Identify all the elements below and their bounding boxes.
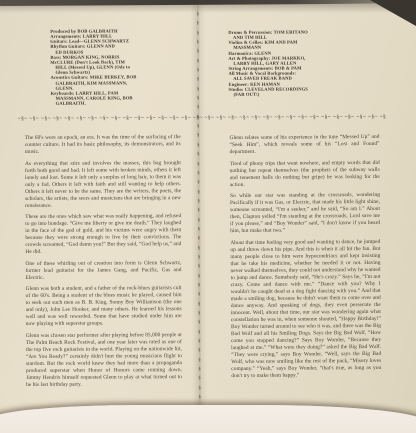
paragraph: The 60's were an epoch, an era. It was t… (25, 134, 181, 156)
paragraph: Glenn was both a student, and a father o… (26, 285, 182, 328)
liner-notes-photo: § § § § § § § § § § § § § § § § § § § § … (0, 0, 416, 433)
paragraph: These are the ones which saw what was re… (25, 213, 181, 256)
paragraph: Tired of phony trips that went nowhere, … (230, 159, 380, 188)
credits-block-left: Produced by BOB GALBRAITH Arrangements: … (50, 28, 136, 106)
paragraph: About that time feeling very good and wa… (230, 238, 381, 379)
liner-sheet: § § § § § § § § § § § § § § § § § § § § … (0, 3, 416, 433)
surface-below-sheet (0, 405, 416, 433)
paragraph: One of these whirling out of creation in… (25, 260, 181, 282)
paragraph: So while our star was standing at the cr… (230, 192, 380, 235)
sheet-content: § § § § § § § § § § § § § § § § § § § § … (0, 2, 416, 433)
paragraph: Glenn was chosen star performer after pl… (26, 332, 182, 389)
credits-block-right: Drums & Percussion: TOM ERITANO AND TIM … (228, 29, 308, 96)
paragraph: As everything that stirs and involves th… (25, 160, 181, 210)
paragraph: Glenn relates some of his experience in … (229, 134, 379, 156)
liner-notes-column-right: Glenn relates some of his experience in … (229, 134, 381, 384)
liner-notes-column-left: The 60's were an epoch, an era. It was t… (25, 134, 182, 393)
